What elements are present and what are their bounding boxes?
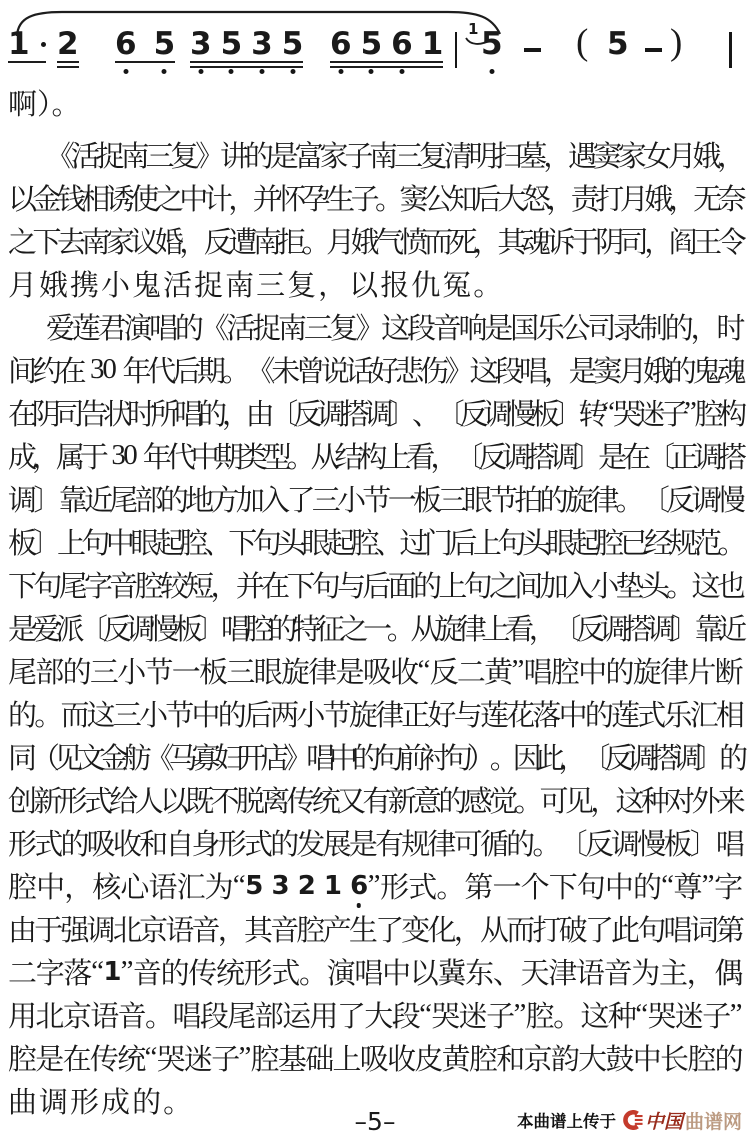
text-line: 月娥携小鬼活捉南三复，以报仇冤。 <box>0 262 750 305</box>
note-digit: 6 <box>391 31 413 57</box>
beam-line <box>330 66 443 68</box>
beam-line <box>190 66 303 68</box>
beam-line <box>330 61 443 63</box>
text-line: 间约在 30 年代后期。《未曾说话好悲伤》这段唱，是窦月娥的鬼魂 <box>0 348 750 391</box>
watermark: 本曲谱上传于 中国 曲谱网 <box>517 1108 742 1132</box>
text-line: 之下去南家议婚，反遭南拒。月娥气愤而死，其魂诉于阴司，阎王令 <box>0 219 750 262</box>
beam-line <box>57 61 79 63</box>
text-line: 以金钱相诱使之中计，并怀孕生子。窦公知后大怒，责打月娥，无奈 <box>0 176 750 219</box>
note-digit: 2 <box>57 31 79 57</box>
text-line: 二字落“1”音的传统形式。演唱中以冀东、天津语音为主，偶 <box>0 950 750 993</box>
text-line: 在阴司告状时所唱的，由〔反调搭调〕、〔反调慢板〕转“哭迷子”腔构 <box>0 391 750 434</box>
text-line: 下句尾字音腔较短，并在下句与后面的上句之间加入小垫头。这也 <box>0 563 750 606</box>
duration-dash <box>524 48 541 52</box>
note-group: 6561 <box>330 31 443 57</box>
note-group: 65 <box>115 31 175 57</box>
parenthesis: ( <box>576 25 588 61</box>
beam-line <box>115 61 175 63</box>
duration-dash <box>645 48 662 52</box>
note-digit: 5 <box>481 31 503 57</box>
text-line: 尾部的三小节一板三眼旋律是吸收“反二黄”唱腔中的旋律片断 <box>0 649 750 692</box>
note-group: 15 <box>481 31 503 57</box>
text-line: 形式的吸收和自身形式的发展是有规律可循的。〔反调慢板〕唱 <box>0 821 750 864</box>
paragraph-1: 《活捉南三复》讲的是富家子南三复清明扫墓，遇窦家女月娥，以金钱相诱使之中计，并怀… <box>0 133 750 305</box>
logo-text-cn: 中国 <box>645 1107 683 1134</box>
barline <box>455 32 457 68</box>
text-line: 《活捉南三复》讲的是富家子南三复清明扫墓，遇窦家女月娥， <box>0 133 750 176</box>
text-line: 板〕上句中眼起腔、下句头眼起腔、过门后上句头眼起腔已经规范。 <box>0 520 750 563</box>
paragraph-2: 爱莲君演唱的《活捉南三复》这段音响是国乐公司录制的，时间约在 30 年代后期。《… <box>0 305 750 1122</box>
site-logo: 中国 曲谱网 <box>623 1107 742 1134</box>
text-line: 腔中，核心语汇为“5 3 2 1 6”形式。第一个下句中的“尊”字 <box>0 864 750 907</box>
body-text: 《活捉南三复》讲的是富家子南三复清明扫墓，遇窦家女月娥，以金钱相诱使之中计，并怀… <box>0 133 750 1122</box>
note-digit: 5 <box>361 31 383 57</box>
note-digit: 1 <box>422 31 444 57</box>
note-group: 3535 <box>190 31 303 57</box>
lyric-line: 啊）。 <box>0 86 750 124</box>
text-line: 创新形式给人以既不脱离传统又有新意的感觉。可见，这种对外来 <box>0 778 750 821</box>
note-digit: 5 <box>221 31 243 57</box>
text-line: 的。而这三小节中的后两小节旋律正好与莲花落中的莲式乐汇相 <box>0 692 750 735</box>
music-disc-logo-icon <box>623 1110 643 1130</box>
beam-line <box>57 66 79 68</box>
note-digit: 6 <box>115 31 137 57</box>
text-line: 由于强调北京语音，其音腔产生了变化，从而打破了此句唱词第 <box>0 907 750 950</box>
grace-note: 1 <box>468 16 478 42</box>
beam-line <box>8 61 46 63</box>
note-digit: 3 <box>251 31 273 57</box>
note-group: 1 <box>8 31 46 57</box>
text-line: 腔是在传统“哭迷子”腔基础上吸收皮黄腔和京韵大鼓中长腔的 <box>0 1036 750 1079</box>
parenthesis: ) <box>670 25 682 61</box>
note-digit: 5 <box>154 31 176 57</box>
music-notation: 12653535656115(5) <box>0 4 750 84</box>
final-barline <box>729 32 732 68</box>
watermark-text: 本曲谱上传于 <box>517 1108 616 1132</box>
text-line: 成，属于 30 年代中期类型。从结构上看，〔反调搭调〕是在〔正调搭 <box>0 434 750 477</box>
text-line: 同（见文金舫《马寡妇开店》唱中的句前衬句）。因此，〔反调搭调〕的 <box>0 735 750 778</box>
note-group: 2 <box>57 31 79 57</box>
augmentation-dot <box>41 42 46 47</box>
note-digit: 6 <box>330 31 352 57</box>
beam-line <box>190 61 303 63</box>
text-line: 是爱派〔反调慢板〕唱腔的特征之一。从旋律上看，〔反调搭调〕靠近 <box>0 606 750 649</box>
note-digit: 5 <box>607 31 629 57</box>
text-line: 用北京语音。唱段尾部运用了大段“哭迷子”腔。这种“哭迷子” <box>0 993 750 1036</box>
note-digit: 1 <box>8 31 30 57</box>
note-digit: 5 <box>282 31 304 57</box>
text-line: 爱莲君演唱的《活捉南三复》这段音响是国乐公司录制的，时 <box>0 305 750 348</box>
note-group: 5 <box>607 31 629 57</box>
note-digit: 3 <box>190 31 212 57</box>
text-line: 调〕靠近尾部的地方加入了三小节一板三眼节拍的旋律。〔反调慢 <box>0 477 750 520</box>
logo-text-rest: 曲谱网 <box>685 1107 742 1134</box>
